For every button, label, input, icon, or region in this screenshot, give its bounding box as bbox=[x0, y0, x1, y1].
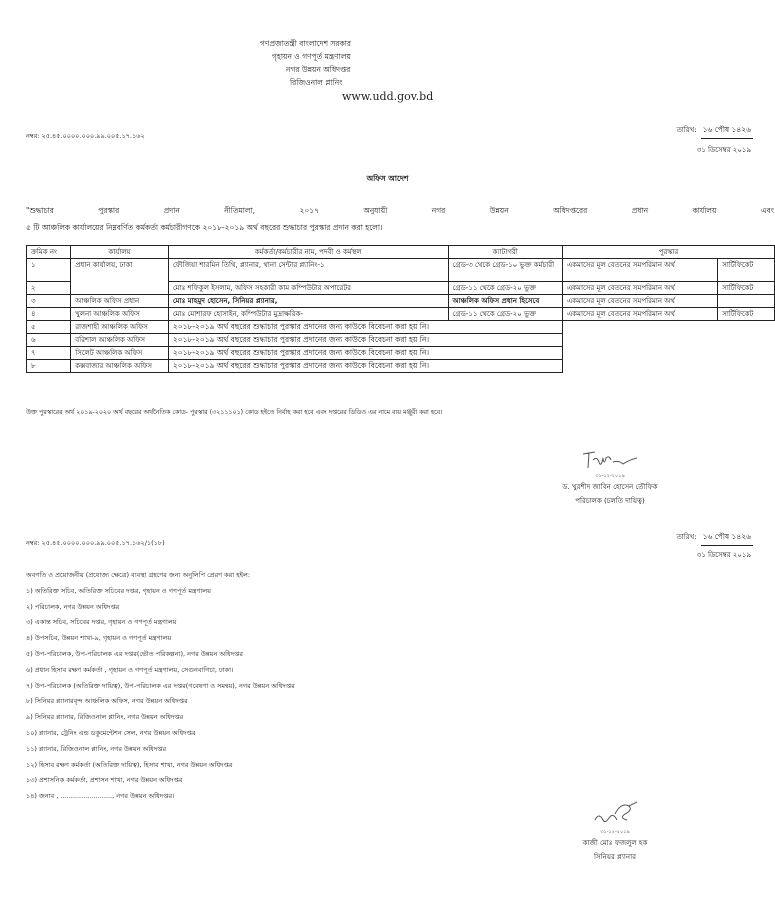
cell-office: প্রধান কার্যালয়, ঢাকা bbox=[71, 259, 169, 295]
memo-date-2: তারিখ:১৬ পৌষ ১৪২৬ ৩১ ডিসেম্বর ২০১৯ bbox=[643, 531, 753, 561]
list-item: ২) পরিচালক, নগর উন্নয়ন অধিদপ্তর bbox=[26, 600, 295, 616]
list-item: ৬) প্রধান হিসাব রক্ষণ কর্মকর্তা , গৃহায়… bbox=[26, 663, 295, 679]
intro-word: ২০১৭ bbox=[299, 202, 319, 219]
intro-line-1: "শুদ্ধাচারপুরস্কারপ্রদাননীতিমালা,২০১৭অনু… bbox=[26, 202, 774, 219]
letterhead: গণপ্রজাতন্ত্রী বাংলাদেশ সরকার গৃহায়ন ও … bbox=[240, 37, 480, 104]
list-item: ৭) উপ-পরিচালক (অতিরিক্ত দায়িত্ব), উপ-পর… bbox=[26, 679, 295, 695]
date-gregorian: ৩১ ডিসেম্বর ২০১৯ bbox=[643, 549, 753, 561]
date-label: তারিখ: bbox=[676, 533, 696, 541]
page-title: অফিস আদেশ bbox=[0, 174, 775, 186]
cell-name: মোঃ শফিকুল ইসলাম, অফিস সহকারী কাম কম্পিউ… bbox=[168, 282, 448, 295]
memo-number: নম্বর: ২৫.৪৫.০০০০.০০০.৯৯.০০৫.১৭.১৬২ bbox=[26, 131, 145, 142]
cell-office: সিলেট আঞ্চলিক অফিস bbox=[71, 347, 169, 360]
cell-award-money: একমাসের মূল বেতনের সমপরিমান অর্থ bbox=[562, 259, 717, 282]
signatory-name: কাজী মোঃ ফজলুল হক bbox=[545, 836, 685, 850]
table-row: ৭ সিলেট আঞ্চলিক অফিস ২০১৮-২০১৯ অর্থ বছরে… bbox=[27, 347, 775, 360]
cell-award-money: একমাসের মূল বেতনের সমপরিমান অর্থ bbox=[562, 282, 717, 295]
cell-award-certificate bbox=[718, 295, 775, 308]
section-name: রিজিওনাল প্লানিং bbox=[240, 76, 480, 89]
cell-serial: ৪ bbox=[27, 308, 71, 321]
memo-number-2: নম্বর: ২৫.৪৫.০০০০.০০০.৯৯.০০৫.১৭.১৬২/১(১৮… bbox=[26, 538, 165, 549]
cell-office: কক্সবাজার আঞ্চলিক অফিস bbox=[71, 360, 169, 373]
cell-serial: ৩ bbox=[27, 295, 71, 308]
cell-office: আঞ্চলিক অফিস প্রধান bbox=[71, 295, 169, 308]
intro-word: নীতিমালা, bbox=[224, 202, 255, 219]
cell-remark: ২০১৮-২০১৯ অর্থ বছরের শুদ্ধাচার পুরস্কার … bbox=[168, 321, 562, 334]
cell-name: ফৌজিয়া শারমিন তিথি, প্ল্যানার, থানা সেন… bbox=[168, 259, 448, 282]
cell-category: আঞ্চলিক অফিস প্রধান হিসেবে bbox=[448, 295, 562, 308]
cell-serial: ৬ bbox=[27, 334, 71, 347]
header-award: পুরস্কার bbox=[562, 246, 774, 259]
list-item: ৫) উপ-পরিচালক, উপ-পরিচালক এর দপ্তর(ভৌত প… bbox=[26, 647, 295, 663]
table-row: ৩ আঞ্চলিক অফিস প্রধান মোঃ মাহমুদ হোসেন, … bbox=[27, 295, 775, 308]
ministry-name: গৃহায়ন ও গণপূর্ত মন্ত্রণালয় bbox=[240, 50, 480, 63]
cell-serial: ৭ bbox=[27, 347, 71, 360]
list-item: ৯) সিনিয়র প্ল্যানার, রিজিওনাল প্লানিং, … bbox=[26, 710, 295, 726]
intro-word: এবং bbox=[761, 202, 774, 219]
cell-serial: ৮ bbox=[27, 360, 71, 373]
list-item: ১০) প্ল্যানার, ট্রেনিং এন্ড ডকুমেন্টেশন … bbox=[26, 726, 295, 742]
empty-cell bbox=[562, 360, 774, 373]
header-category: ক্যাটাগরী bbox=[448, 246, 562, 259]
table-row: ৫ রাজশাহী আঞ্চলিক অফিস ২০১৮-২০১৯ অর্থ বছ… bbox=[27, 321, 775, 334]
date-bengali: ১৬ পৌষ ১৪২৬ bbox=[701, 532, 753, 546]
header-serial: ক্রমিক নং bbox=[27, 246, 71, 259]
funding-note: উক্ত পুরস্কারের অর্থ ২০১৯-২০২০ অর্থ বছরে… bbox=[26, 407, 442, 418]
empty-cell bbox=[562, 347, 774, 360]
cell-award-certificate: সার্টিফিকেট bbox=[718, 282, 775, 295]
cell-serial: ২ bbox=[27, 282, 71, 295]
memo-date: তারিখ:১৬ পৌষ ১৪২৬ ৩১ ডিসেম্বর ২০১৯ bbox=[643, 124, 753, 156]
awards-table: ক্রমিক নং কার্যালয় কর্মকর্তা/কর্মচারীর … bbox=[26, 245, 775, 373]
intro-word: প্রদান bbox=[164, 202, 180, 219]
date-label: তারিখ: bbox=[676, 126, 696, 134]
list-item: ৮) সিনিয়র প্ল্যানারবৃন্দ আঞ্চলিক অফিস, … bbox=[26, 694, 295, 710]
cell-award-certificate: সার্টিফিকেট bbox=[718, 259, 775, 282]
cell-serial: ৫ bbox=[27, 321, 71, 334]
cell-office: রাজশাহী আঞ্চলিক অফিস bbox=[71, 321, 169, 334]
signature-date: ৩১-১২-২০১৯ bbox=[545, 828, 685, 836]
cell-remark: ২০১৮-২০১৯ অর্থ বছরের শুদ্ধাচার পুরস্কার … bbox=[168, 360, 562, 373]
empty-cell bbox=[562, 334, 774, 347]
signature-block-1: ৩১-১২-২০১৯ ড. খুরশীদ জাবিন হোসেন তৌফিক প… bbox=[530, 448, 690, 508]
cell-office: বরিশাল আঞ্চলিক অফিস bbox=[71, 334, 169, 347]
list-item: ১৩) প্রশাসনিক কর্মকর্তা, প্রশাসন শাখা, ন… bbox=[26, 773, 295, 789]
intro-paragraph: "শুদ্ধাচারপুরস্কারপ্রদাননীতিমালা,২০১৭অনু… bbox=[26, 202, 774, 236]
intro-word: নগর bbox=[432, 202, 446, 219]
intro-word: অধিদপ্তরের bbox=[553, 202, 587, 219]
signature-icon bbox=[575, 448, 645, 472]
intro-word: পুরস্কার bbox=[98, 202, 119, 219]
table-row: ৪ খুলনা আঞ্চলিক অফিস মোঃ মোশারফ হোসাইন, … bbox=[27, 308, 775, 321]
date-gregorian: ৩১ ডিসেম্বর ২০১৯ bbox=[643, 144, 753, 156]
cell-remark: ২০১৮-২০১৯ অর্থ বছরের শুদ্ধাচার পুরস্কার … bbox=[168, 347, 562, 360]
header-name: কর্মকর্তা/কর্মচারীর নাম, পদবী ও কর্মস্থল bbox=[168, 246, 448, 259]
cell-category: গ্রেড-৩ থেকে গ্রেড-১০ ভুক্ত কর্মচারী bbox=[448, 259, 562, 282]
intro-word: অনুযায়ী bbox=[363, 202, 387, 219]
intro-word: উন্নয়ন bbox=[490, 202, 509, 219]
cell-name: মোঃ মাহমুদ হোসেন, সিনিয়র প্ল্যানার, bbox=[168, 295, 448, 308]
intro-line-2: ৫ টি আঞ্চলিক কার্যালয়ের নিম্নবর্ণিত কর্… bbox=[26, 219, 774, 236]
cell-name: মোঃ মোশারফ হোসাইন, কম্পিউটার মুদ্রাক্ষরি… bbox=[168, 308, 448, 321]
table-row: ৮ কক্সবাজার আঞ্চলিক অফিস ২০১৮-২০১৯ অর্থ … bbox=[27, 360, 775, 373]
intro-word: কার্যালয় bbox=[693, 202, 717, 219]
govt-name: গণপ্রজাতন্ত্রী বাংলাদেশ সরকার bbox=[240, 37, 480, 50]
signatory-designation: সিনিয়র প্ল্যানার bbox=[545, 850, 685, 864]
intro-word: প্রধান bbox=[632, 202, 648, 219]
cell-remark: ২০১৮-২০১৯ অর্থ বছরের শুদ্ধাচার পুরস্কার … bbox=[168, 334, 562, 347]
list-item: ১১) প্ল্যানার, রিজিওনাল প্লানিং, নগর উন্… bbox=[26, 742, 295, 758]
list-item: ১২) হিসাব রক্ষণ কর্মকর্তা (অতিরিক্ত দায়… bbox=[26, 758, 295, 774]
intro-word: "শুদ্ধাচার bbox=[26, 202, 54, 219]
distribution-intro: অবগতি ও প্রয়োজনীয় (প্রযোজ্য ক্ষেত্রে) … bbox=[26, 568, 295, 584]
distribution-list: অবগতি ও প্রয়োজনীয় (প্রযোজ্য ক্ষেত্রে) … bbox=[26, 568, 295, 805]
list-item: ১) অতিরিক্ত সচিব, অতিরিক্ত সচিবের দপ্তর,… bbox=[26, 584, 295, 600]
cell-category: গ্রেড-১১ থেকে গ্রেড-২০ ভুক্ত bbox=[448, 282, 562, 295]
signatory-designation: পরিচালক (চলতি দায়িত্ব) bbox=[530, 494, 690, 508]
signatory-name: ড. খুরশীদ জাবিন হোসেন তৌফিক bbox=[530, 480, 690, 494]
header-office: কার্যালয় bbox=[71, 246, 169, 259]
cell-award-certificate: সার্টিফিকেট bbox=[718, 308, 775, 321]
table-row: ১ প্রধান কার্যালয়, ঢাকা ফৌজিয়া শারমিন … bbox=[27, 259, 775, 282]
website-link[interactable]: www.udd.gov.bd bbox=[240, 89, 480, 104]
cell-serial: ১ bbox=[27, 259, 71, 282]
date-bengali: ১৬ পৌষ ১৪২৬ bbox=[701, 125, 753, 139]
signature-date: ৩১-১২-২০১৯ bbox=[530, 472, 690, 480]
list-item: ১৪) জনাব , ........................., নগ… bbox=[26, 789, 295, 805]
cell-award-money: একমাসের মূল বেতনের সমপরিমান অর্থ bbox=[562, 295, 717, 308]
signature-block-2: ৩১-১২-২০১৯ কাজী মোঃ ফজলুল হক সিনিয়র প্ল… bbox=[545, 800, 685, 864]
list-item: ৩) একান্ত সচিব, সচিবের দপ্তর, গৃহায়ন ও … bbox=[26, 615, 295, 631]
signature-icon bbox=[585, 800, 645, 828]
table-row: ৬ বরিশাল আঞ্চলিক অফিস ২০১৮-২০১৯ অর্থ বছর… bbox=[27, 334, 775, 347]
cell-office: খুলনা আঞ্চলিক অফিস bbox=[71, 308, 169, 321]
cell-category: গ্রেড-১১ থেকে গ্রেড-২০ ভুক্ত bbox=[448, 308, 562, 321]
list-item: ৪) উপসচিব, উন্নয়ন শাখা-৯, গৃহায়ন ও গণপ… bbox=[26, 631, 295, 647]
table-header-row: ক্রমিক নং কার্যালয় কর্মকর্তা/কর্মচারীর … bbox=[27, 246, 775, 259]
cell-award-money: একমাসের মূল বেতনের সমপরিমান অর্থ bbox=[562, 308, 717, 321]
department-name: নগর উন্নয়ন অধিদপ্তর bbox=[240, 63, 480, 76]
empty-cell bbox=[562, 321, 774, 334]
